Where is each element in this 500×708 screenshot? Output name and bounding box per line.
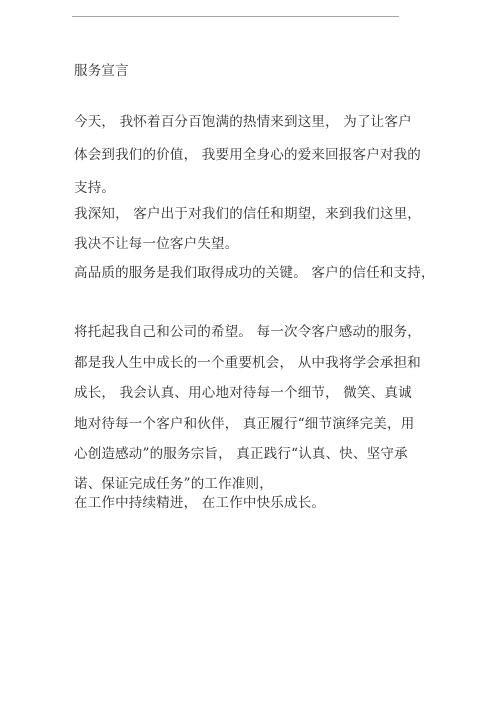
paragraph-line: 心创造感动”的服务宗旨， 真正践行“认真、快、坚守承	[74, 446, 408, 462]
paragraph-line: 今天， 我怀着百分百饱满的热情来到这里， 为了让客户	[74, 114, 412, 130]
paragraph-line: 在工作中持续精进， 在工作中快乐成长。	[74, 495, 325, 511]
document-title: 服务宣言	[74, 63, 129, 79]
paragraph-line: 我决不让每一位客户失望。	[74, 236, 238, 252]
paragraph-line: 将托起我自己和公司的希望。 每一次令客户感动的服务，	[74, 324, 421, 340]
paragraph-line: 地对待每一个客户和伙伴， 真正履行“细节演绎完美，用	[74, 416, 414, 432]
paragraph-line: 都是我人生中成长的一个重要机会， 从中我将学会承担和	[74, 355, 421, 371]
paragraph-line: 体会到我们的价值， 我要用全身心的爱来回报客户对我的	[74, 147, 421, 163]
paragraph-line: 高品质的服务是我们取得成功的关键。 客户的信任和支持，	[74, 265, 435, 281]
paragraph-line: 成长， 我会认真、用心地对待每一个细节， 微笑、真诚	[74, 385, 412, 401]
header-divider	[72, 16, 399, 17]
paragraph-line: 诺、保证完成任务”的工作准则，	[74, 476, 273, 492]
paragraph-line: 我深知， 客户出于对我们的信任和期望，来到我们这里，	[74, 206, 421, 222]
paragraph-line: 支持。	[74, 180, 115, 196]
